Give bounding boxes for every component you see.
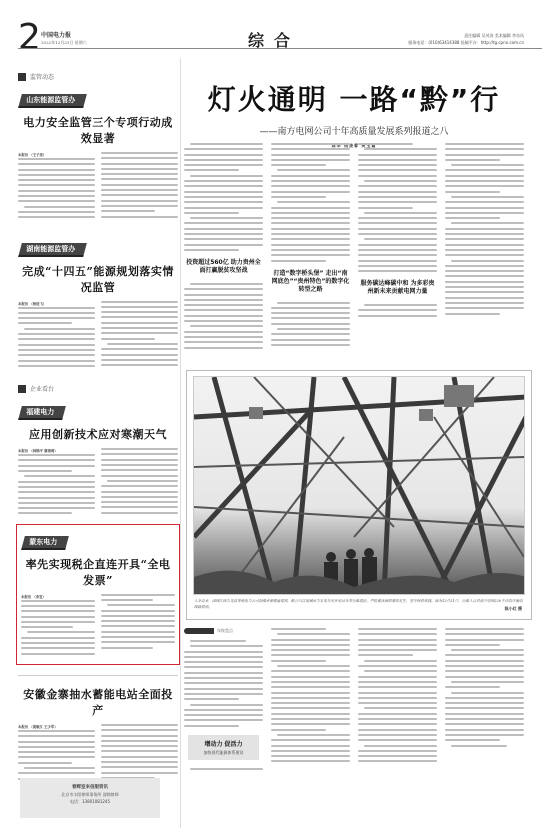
left-column: 监管动态 山东能源监管办 电力安全监管三个专项行动成效显著 本报讯 （王子亮） … bbox=[18, 58, 178, 783]
feature-headline[interactable]: 灯火通明 一路“黔”行 bbox=[184, 78, 524, 118]
masthead: 2 中国电力报 2022年12月31日 星期六 综合 责任编辑 吴茂涛 美术编辑… bbox=[0, 0, 542, 50]
highlighted-article-box[interactable]: 蒙东电力 率先实现税企直连开具“全电发票” 本报讯 （李宣） bbox=[16, 524, 180, 665]
section-label-enterprise: 企业看台 bbox=[18, 384, 178, 393]
feature-subhead-3: 服务碳达峰碳中和 为多彩贵州新未来贡献电网力量 bbox=[358, 280, 437, 296]
article-body: 本报讯 （胡敏江 王少军） bbox=[18, 724, 178, 783]
article-body: 本报讯 （王子亮） bbox=[18, 152, 178, 222]
kicker: 福建电力 bbox=[18, 406, 66, 420]
article-shandong[interactable]: 山东能源监管办 电力安全监管三个专项行动成效显著 本报讯 （王子亮） bbox=[18, 87, 178, 222]
kicker: 山东能源监管办 bbox=[18, 94, 87, 108]
contact-line: 服务电话：(010)63414388 投稿平台：http://tg.cpnn.c… bbox=[408, 39, 524, 46]
feature-subhead-1: 投资超过560亿 助力贵州全面打赢脱贫攻坚战 bbox=[184, 259, 263, 275]
editors-line: 责任编辑 吴茂涛 美术编辑 李东风 bbox=[408, 32, 524, 39]
box-title: 增动力 促活力 加快现代能源体系建设 bbox=[188, 735, 259, 760]
article-anhui[interactable]: 安徽金寨抽水蓄能电站全面投产 本报讯 （胡敏江 王少军） bbox=[18, 686, 178, 783]
article-headline[interactable]: 率先实现税企直连开具“全电发票” bbox=[21, 556, 175, 588]
bottom-feature: 年终盘点 增动力 促活力 加快现代能源体系建设 bbox=[184, 628, 524, 773]
photo-caption: 入冬以来，国网江西九龙县等地电力公司加强重要通道巡视，配合乌江流域风力发电及光伏… bbox=[194, 598, 524, 610]
article-headline[interactable]: 应用创新技术应对寒潮天气 bbox=[18, 426, 178, 442]
paper-date: 2022年12月31日 星期六 bbox=[41, 40, 87, 46]
main-feature-header: 灯火通明 一路“黔”行 ——南方电网公司十年高质量发展系列报道之八 陈华 钱凌蓉… bbox=[184, 58, 524, 149]
article-hunan[interactable]: 湖南能源监管办 完成“十四五”能源规划落实情况监管 本报讯 （杨进飞） bbox=[18, 236, 178, 371]
rubric: 年终盘点 bbox=[184, 628, 263, 634]
divider bbox=[18, 675, 178, 676]
paper-name: 中国电力报 bbox=[41, 30, 71, 39]
page-number: 2 bbox=[18, 20, 41, 56]
section-marker-icon bbox=[18, 385, 26, 393]
column-divider bbox=[180, 58, 181, 828]
article-body: 本报讯 （李宣） bbox=[21, 594, 175, 658]
article-headline[interactable]: 完成“十四五”能源规划落实情况监管 bbox=[18, 263, 178, 295]
feature-body: 投资超过560亿 助力贵州全面打赢脱贫攻坚战 打造“数字桥头堡” 走出“南网底色… bbox=[184, 143, 524, 352]
editors-block: 责任编辑 吴茂涛 美术编辑 李东风 服务电话：(010)63414388 投稿平… bbox=[408, 32, 524, 46]
article-headline[interactable]: 安徽金寨抽水蓄能电站全面投产 bbox=[18, 686, 178, 718]
article-body: 本报讯 （杨进飞） bbox=[18, 301, 178, 371]
feature-subhead-2: 打造“数字桥头堡” 走出“南网底色”“贵州特色”的数字化转型之路 bbox=[271, 270, 350, 294]
feature-subheadline: ——南方电网公司十年高质量发展系列报道之八 bbox=[184, 124, 524, 137]
transmission-tower-image bbox=[194, 377, 525, 595]
article-headline[interactable]: 电力安全监管三个专项行动成效显著 bbox=[18, 114, 178, 146]
kicker: 湖南能源监管办 bbox=[18, 243, 87, 257]
photo-credit: 陈小红 摄 bbox=[505, 606, 522, 612]
article-fujian[interactable]: 福建电力 应用创新技术应对寒潮天气 本报讯 （林锦平 蔡清鸿） bbox=[18, 399, 178, 518]
feature-photo[interactable] bbox=[193, 376, 525, 595]
rubric-marker-icon bbox=[184, 628, 214, 634]
section-marker-icon bbox=[18, 73, 26, 81]
section-label-regulation: 监管动态 bbox=[18, 72, 178, 81]
footer-advertisement: 春辉室来信服资讯 北京市丰阳律师事务所 邵锦律师 电话：13801081245 bbox=[20, 778, 160, 818]
masthead-rule bbox=[18, 48, 542, 49]
article-body: 本报讯 （林锦平 蔡清鸿） bbox=[18, 448, 178, 518]
kicker: 蒙东电力 bbox=[21, 536, 69, 550]
